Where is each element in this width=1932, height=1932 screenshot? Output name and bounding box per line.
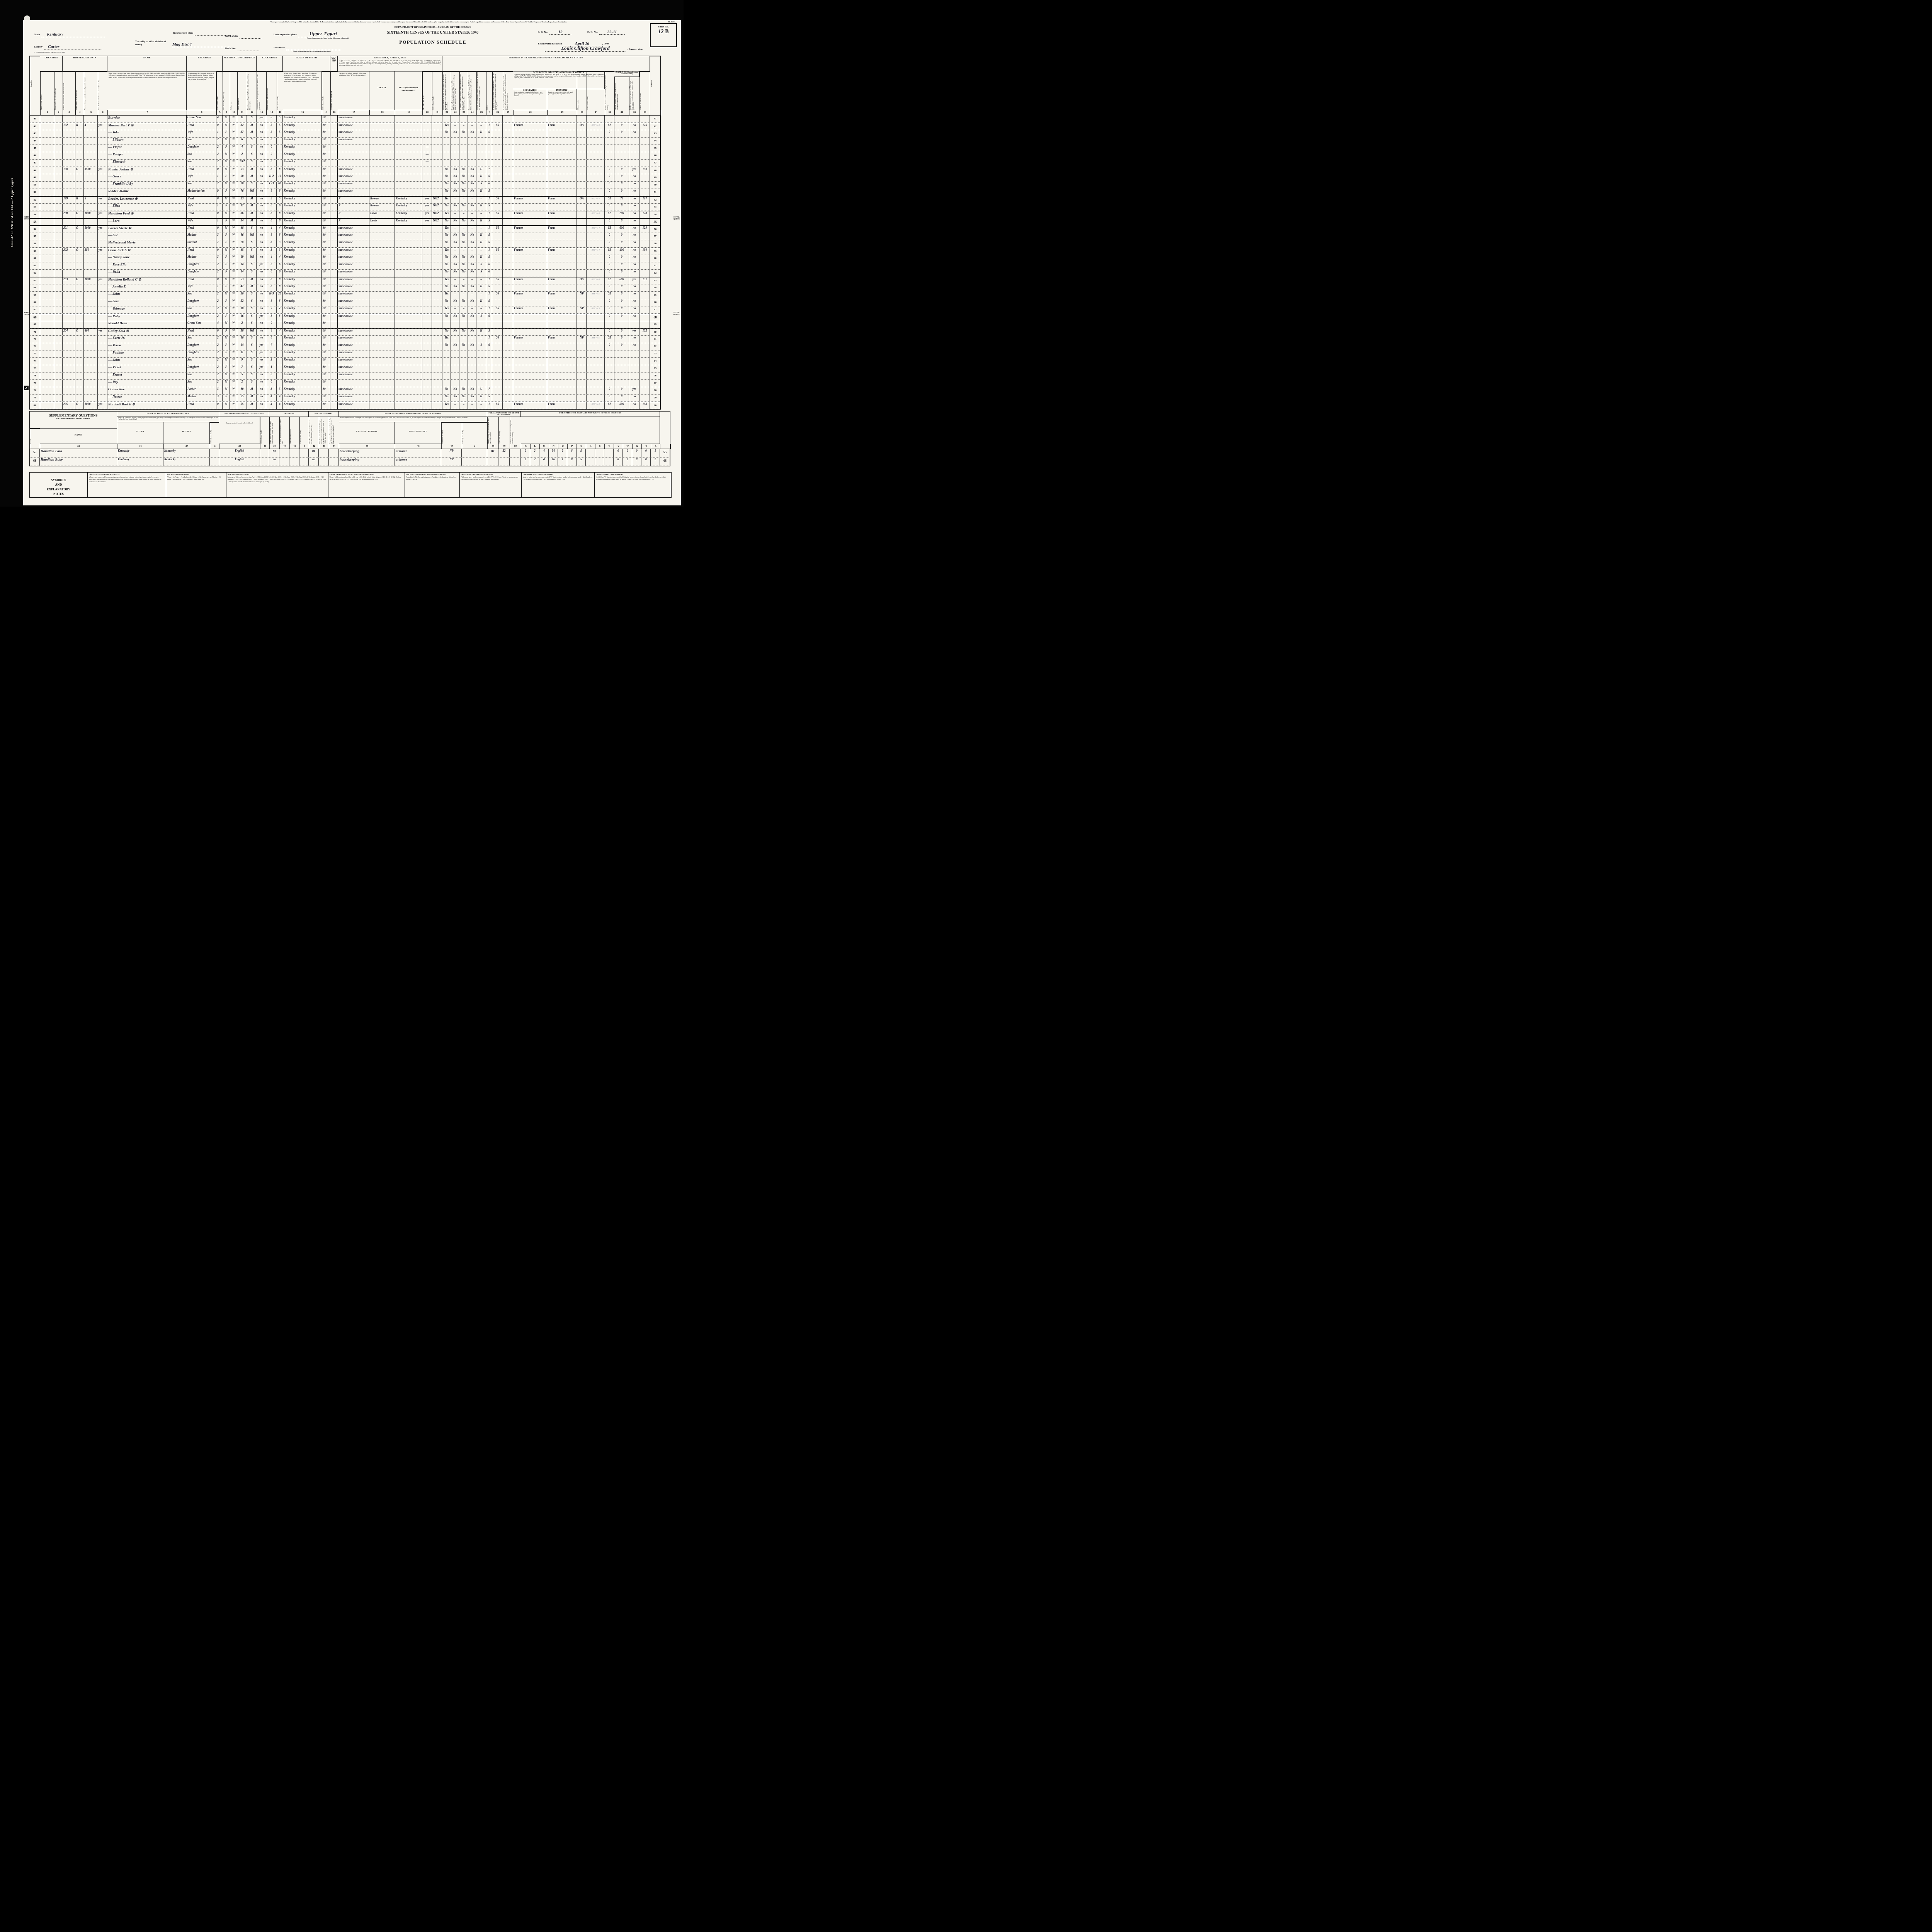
cell-col-26 [492, 233, 503, 240]
cell-col-28 [513, 372, 547, 379]
cell-col-34 [639, 299, 650, 306]
cell-col-E: 5 [486, 395, 492, 401]
cell-col-23 [459, 152, 468, 159]
table-row: 63203O1000yesHamilton Rolland C ⊗Head0MW… [30, 277, 660, 284]
cell-col-C: 80 [322, 372, 330, 379]
cell-col-31: 0 [605, 284, 614, 291]
cell-col-12: M [247, 204, 257, 211]
cell-col-14: 0 [266, 152, 277, 159]
cell-col-28 [513, 387, 547, 394]
vet39-header: Is this person a veteran of the United S… [269, 417, 279, 444]
supp-column-number: 36 [117, 444, 164, 449]
cell-col-D [432, 284, 442, 291]
income-band: INCOME IN 1939 (12 months ending Decembe… [614, 71, 639, 77]
cell-col-15: Kentucky [283, 306, 322, 313]
supp-cell [586, 449, 595, 457]
cell-col-26 [492, 284, 503, 291]
cell-col-30 [577, 321, 587, 328]
cell-col-B: 5 [277, 116, 283, 122]
cell-col-3 [63, 204, 75, 211]
cell-col-5 [84, 130, 98, 137]
cell-col-26 [492, 395, 503, 401]
header-band: EDUCATION [257, 56, 283, 71]
cell-col-5 [84, 255, 98, 262]
cell-col-16 [330, 219, 338, 225]
code-j-header: CODE (Leave blank) [462, 422, 487, 444]
cell-col-2 [54, 314, 63, 321]
cell-col-13: no [257, 174, 266, 181]
cell-col-B [277, 336, 283, 343]
cell-col-20 [422, 270, 432, 277]
cell-col-7: — Vlafae [107, 145, 187, 152]
cell-col-13: no [257, 138, 266, 145]
cell-col-23 [459, 350, 468, 357]
cell-col-C: 80 [322, 226, 330, 233]
cell-col-12: S [247, 358, 257, 365]
cell-col-10: W [230, 277, 237, 284]
gpo-imprint: U. S. GOVERNMENT PRINTING OFFICE 16—1187… [34, 52, 65, 53]
column-header: Street, avenue, road, etc. [40, 71, 54, 110]
column-header: CODE (Leave blank) [277, 71, 283, 110]
cell-col-18: Lewis [369, 219, 395, 225]
cell-col-24: No [468, 204, 476, 211]
cell-col-8: Father [187, 387, 216, 394]
cell-col-9: F [223, 204, 230, 211]
cell-col-B [277, 350, 283, 357]
cell-col-13: no [257, 380, 266, 387]
cell-col-D [432, 321, 442, 328]
cell-col-12: M [247, 402, 257, 409]
cell-col-18: Lewis [369, 211, 395, 218]
cell-col-2 [54, 233, 63, 240]
usual-industry-header: USUAL INDUSTRY [395, 422, 441, 444]
cell-col-28: Farmer [513, 277, 547, 284]
cell-col-32: 0 [614, 270, 629, 277]
cell-col-24: No [468, 255, 476, 262]
cell-col-D [432, 306, 442, 313]
cell-col-19 [395, 314, 422, 321]
cell-col-23: – [459, 336, 468, 343]
cell-col-A: 2 [216, 314, 223, 321]
cell-col-30: OA [577, 197, 587, 203]
cell-col-34 [639, 387, 650, 394]
cell-col-15: Kentucky [283, 365, 322, 372]
cell-col-8: Daughter [187, 343, 216, 350]
cell-col-14: 8 [266, 233, 277, 240]
cell-col-9: M [223, 123, 230, 130]
supp-cell: housekeeping [339, 449, 395, 457]
cell-col-20 [422, 321, 432, 328]
cell-col-8: Wife [187, 284, 216, 291]
cell-col-28 [513, 262, 547, 269]
column-number: B [277, 110, 283, 115]
cell-col-5: 4 [84, 123, 98, 130]
cell-col-16 [330, 116, 338, 122]
cell-col-7: Masters Bert V ⊗ [107, 123, 187, 130]
cell-col-13: yes [257, 262, 266, 269]
cell-col-18 [369, 152, 395, 159]
suppl-quest-tag: SUPPL. QUEST. [673, 311, 680, 316]
supp-cell [299, 449, 309, 457]
cell-col-22 [451, 350, 459, 357]
cell-col-12: M [247, 174, 257, 181]
cell-col-11: 2 [237, 152, 247, 159]
cell-col-2 [54, 270, 63, 277]
cell-col-26: 56 [492, 336, 503, 343]
cell-col-F [587, 270, 605, 277]
supp-column-number: 49 [499, 444, 510, 449]
cell-col-2 [54, 358, 63, 365]
cell-col-33: yes [629, 277, 639, 284]
cell-col-13: no [257, 284, 266, 291]
cell-col-15: Kentucky [283, 189, 322, 196]
cell-col-3 [63, 292, 75, 299]
cell-col-27 [503, 145, 513, 152]
cell-col-19: Kentucky [395, 197, 422, 203]
table-row: 77— RaySon2MW2Sno0Kentucky8077 [30, 380, 660, 387]
supp-cell [586, 457, 595, 466]
cell-col-5: 3500 [84, 167, 98, 174]
header-band: RESIDENCE, APRIL 1, 1935IN WHAT PLACE DI… [338, 56, 442, 71]
cell-col-4 [75, 116, 84, 122]
cell-col-7: Riddell Mattie [107, 189, 187, 196]
cell-col-21: No [442, 167, 451, 174]
cell-col-24 [468, 365, 476, 372]
cell-col-5 [84, 395, 98, 401]
cell-col-11: 36 [237, 211, 247, 218]
cell-col-5 [84, 116, 98, 122]
cell-col-23: No [459, 219, 468, 225]
cell-col-28 [513, 138, 547, 145]
cell-col-9: M [223, 292, 230, 299]
office-use-band: FOR OFFICE USE ONLY—DO NOT WRITE IN THES… [521, 412, 660, 417]
column-number: 26 [493, 110, 503, 115]
cell-col-10: W [230, 329, 237, 335]
cell-col-E: 1 [486, 197, 492, 203]
cell-col-31: 0 [605, 204, 614, 211]
cell-col-28 [513, 255, 547, 262]
cell-col-11: 7 [237, 365, 247, 372]
supp-cell: 5 [577, 457, 586, 466]
cell-col-11: 80 [237, 387, 247, 394]
cell-col-E [486, 160, 492, 167]
cell-col-8: Son [187, 380, 216, 387]
cell-col-31: 0 [605, 189, 614, 196]
cell-col-3 [63, 138, 75, 145]
sheet-no-value: 12 [658, 29, 663, 35]
cell-col-E: 5 [486, 284, 492, 291]
supp-column-number: J [462, 444, 488, 449]
cell-col-19 [395, 255, 422, 262]
sd-field: S. D. No. 13 [538, 28, 571, 35]
cell-col-5 [84, 189, 98, 196]
cell-col-18 [369, 314, 395, 321]
cell-col-12: S [247, 343, 257, 350]
cell-col-B [277, 365, 283, 372]
county-field: County Carter [34, 43, 102, 49]
cell-col-17: same house [338, 167, 369, 174]
cell-col-14: 8 [266, 211, 277, 218]
cell-col-line: 62 [30, 270, 40, 277]
cell-col-32: 0 [614, 167, 629, 174]
cell-col-31: 0 [605, 174, 614, 181]
cell-col-line: 74 [30, 358, 40, 365]
cell-col-line: 52 [30, 197, 40, 203]
cell-col-33: yes [629, 387, 639, 394]
cell-col-3: 200 [63, 211, 75, 218]
note-body: World War .. W; Spanish-American War, Ph… [596, 476, 670, 480]
cell-col-A: 0 [216, 277, 223, 284]
cell-col-D [432, 123, 442, 130]
cell-col-13: no [257, 233, 266, 240]
cell-col-3 [63, 372, 75, 379]
cell-col-33: no [629, 306, 639, 313]
cell-col-16 [330, 299, 338, 306]
cell-col-27 [503, 329, 513, 335]
supp-cell [260, 457, 269, 466]
table-row: 46— RodgerSon2MW2Sno0Kentucky80—46 [30, 152, 660, 160]
cell-col-31: 0 [605, 182, 614, 189]
cell-col-31 [605, 380, 614, 387]
cell-col-31 [605, 372, 614, 379]
cell-col-25: H [476, 395, 486, 401]
cell-col-31 [605, 358, 614, 365]
cell-col-28: Farmer [513, 248, 547, 255]
cell-col-21: No [442, 314, 451, 321]
cell-col-line: 57 [30, 233, 40, 240]
cell-col-34 [639, 130, 650, 137]
cell-col-B: 8 [277, 314, 283, 321]
cell-col-12: M [247, 167, 257, 174]
cell-col-21: Yes [442, 226, 451, 233]
cell-col-4 [75, 306, 84, 313]
cell-col-line: 66 [30, 299, 40, 306]
suppl-quest-tag: SUPPL. QUEST. [673, 216, 680, 220]
cell-col-C: 80 [322, 189, 330, 196]
cell-col-D [432, 160, 442, 167]
cell-col-9: F [223, 350, 230, 357]
cell-col-8: Head [187, 277, 216, 284]
cell-col-22: – [451, 402, 459, 409]
cell-col-22: No [451, 284, 459, 291]
cell-col-3 [63, 314, 75, 321]
cell-col-C: 80 [322, 402, 330, 409]
state-field: State Kentucky [34, 30, 105, 37]
cell-col-line: 70 [30, 329, 40, 335]
cell-col-line: 44 [30, 138, 40, 145]
cell-col-26 [492, 204, 503, 211]
cell-col-16 [330, 372, 338, 379]
cell-col-21: Yes [442, 248, 451, 255]
cell-col-19 [395, 123, 422, 130]
cell-col-C: 80 [322, 152, 330, 159]
cell-col-21: Yes [442, 292, 451, 299]
table-row: 75— VioletDaughter2FW7Syes1Kentucky80sam… [30, 365, 660, 372]
cell-col-33: no [629, 189, 639, 196]
cell-col-B: 8 [277, 211, 283, 218]
cell-col-A: 0 [216, 402, 223, 409]
cell-col-D [432, 350, 442, 357]
cell-col-13: no [257, 255, 266, 262]
cell-col-E: 5 [486, 240, 492, 247]
cell-col-B: 5 [277, 130, 283, 137]
cell-col-16 [330, 130, 338, 137]
cell-col-F [587, 189, 605, 196]
cell-col-E: 5 [486, 174, 492, 181]
cell-col-29: Farm [547, 336, 577, 343]
cell-col-27 [503, 402, 513, 409]
cell-col-16 [330, 402, 338, 409]
cell-col-9: M [223, 387, 230, 394]
column-number: C [322, 110, 331, 115]
cell-col-17: same house [338, 174, 369, 181]
cell-col-20 [422, 130, 432, 137]
cell-col-26 [492, 240, 503, 247]
header-band: PLACE OF BIRTH [283, 56, 330, 71]
supp-column-number: S [595, 444, 605, 449]
table-row: 48198O3500yesFrazier Arthur ⊗Head0MW53Mn… [30, 167, 660, 174]
cell-col-34 [639, 219, 650, 225]
cell-col-23 [459, 138, 468, 145]
check-mark-box: ✗ [24, 386, 29, 390]
unincorporated-note: (Name of unincorporated place having 100… [307, 37, 349, 39]
cell-col-F [587, 329, 605, 335]
table-row: 55— LoraWife1FW34Mno88Kentucky80RLewisKe… [30, 218, 660, 226]
cell-col-B: 4 [277, 402, 283, 409]
band-label: EDUCATION [257, 57, 282, 60]
cell-col-D [432, 138, 442, 145]
cell-col-29 [547, 380, 577, 387]
cell-col-11: 65 [237, 395, 247, 401]
cell-col-13: yes [257, 358, 266, 365]
cell-col-30 [577, 145, 587, 152]
cell-col-19 [395, 358, 422, 365]
cell-col-14: 8 [266, 219, 277, 225]
cell-col-3 [63, 189, 75, 196]
supplementary-header: SUPPLEMENTARY QUESTIONSFor Persons Enume… [29, 411, 670, 449]
cell-col-11: 34 [237, 219, 247, 225]
cell-col-E: 6 [486, 182, 492, 189]
cell-col-25: S [476, 182, 486, 189]
cell-col-2 [54, 160, 63, 167]
cell-col-2 [54, 240, 63, 247]
cell-col-10: W [230, 270, 237, 277]
cell-col-27 [503, 321, 513, 328]
cell-col-6: yes [98, 248, 107, 255]
cell-col-18 [369, 226, 395, 233]
cell-col-6 [98, 299, 107, 306]
cell-col-28: Farmer [513, 123, 547, 130]
cell-col-10: W [230, 262, 237, 269]
cell-col-20 [422, 350, 432, 357]
cell-col-7: — Elsworth [107, 160, 187, 167]
cell-col-34 [639, 152, 650, 159]
cell-col-5 [84, 365, 98, 372]
cell-col-24 [468, 145, 476, 152]
cell-col-32 [614, 350, 629, 357]
cell-col-29: Farm [547, 123, 577, 130]
cell-col-30 [577, 380, 587, 387]
cell-col-6 [98, 145, 107, 152]
cell-col-7: Gaines Roe [107, 387, 187, 394]
column-header: Sex—Male (M), Female (F) [223, 71, 230, 110]
cell-col-19 [395, 116, 422, 122]
cell-col-9: F [223, 145, 230, 152]
cell-col-23: No [459, 284, 468, 291]
cell-col-F [587, 167, 605, 174]
supp-cell: 68 [30, 457, 40, 466]
table-row: 49— GraceWife1FW50MnoH-210Kentucky80same… [30, 174, 660, 182]
cell-col-10: W [230, 182, 237, 189]
cell-col-7: — Franklin (Ab) [107, 182, 187, 189]
cell-col-F [587, 380, 605, 387]
cell-col-21: Yes [442, 277, 451, 284]
cell-col-2 [54, 255, 63, 262]
cell-col-34: 129 [639, 226, 650, 233]
cell-col-5 [84, 219, 98, 225]
cell-col-23: No [459, 240, 468, 247]
column-number: 34 [640, 110, 650, 115]
supp-column-number: M [540, 444, 549, 449]
table-row: 66— SaraDaughter2FW22Sno88Kentucky80same… [30, 299, 660, 306]
cell-col-7: — Nessie [107, 395, 187, 401]
cell-col-10: W [230, 152, 237, 159]
supp-cell: 55 [660, 449, 670, 457]
cell-col-33 [629, 152, 639, 159]
cell-col-7: — John [107, 358, 187, 365]
cell-col-3: 205 [63, 402, 75, 409]
cell-col-17: R [338, 204, 369, 211]
cell-col-F [587, 240, 605, 247]
cell-col-24: No [468, 329, 476, 335]
cell-col-18 [369, 329, 395, 335]
cell-col-D [432, 314, 442, 321]
cell-col-29 [547, 365, 577, 372]
cell-col-23 [459, 380, 468, 387]
cell-col-9: M [223, 380, 230, 387]
cell-col-19 [395, 145, 422, 152]
cell-col-9: F [223, 329, 230, 335]
cell-col-D [432, 292, 442, 299]
cell-col-21: No [442, 233, 451, 240]
column-header: CODE [486, 71, 492, 110]
cell-col-1 [40, 130, 54, 137]
table-row: 64— Amelia EWife1FW47Mno88Kentucky80same… [30, 284, 660, 292]
cell-col-20 [422, 240, 432, 247]
cell-col-30 [577, 152, 587, 159]
cell-col-13: no [257, 145, 266, 152]
cell-col-line: 50 [30, 182, 40, 189]
cell-col-32 [614, 365, 629, 372]
cell-col-B: 4 [277, 329, 283, 335]
cell-col-A: 0 [216, 167, 223, 174]
cell-col-25: – [476, 248, 486, 255]
cell-col-27 [503, 336, 513, 343]
cell-col-28 [513, 130, 547, 137]
table-row: 74— JohnSon2MW9Syes2Kentucky80same house… [30, 358, 660, 365]
county-value: Carter [44, 44, 102, 49]
cell-col-25: S [476, 262, 486, 269]
cell-col-1 [40, 116, 54, 122]
note-body: Where owner's household occupies only a … [89, 476, 165, 483]
cell-col-10: W [230, 226, 237, 233]
cell-col-29: Farm [547, 248, 577, 255]
cell-col-24: No [468, 182, 476, 189]
cell-col-17: same house [338, 314, 369, 321]
header-band: RELATION [187, 56, 223, 71]
cell-col-F: 000 VV 4 [587, 402, 605, 409]
cell-col-11: 11 [237, 350, 247, 357]
